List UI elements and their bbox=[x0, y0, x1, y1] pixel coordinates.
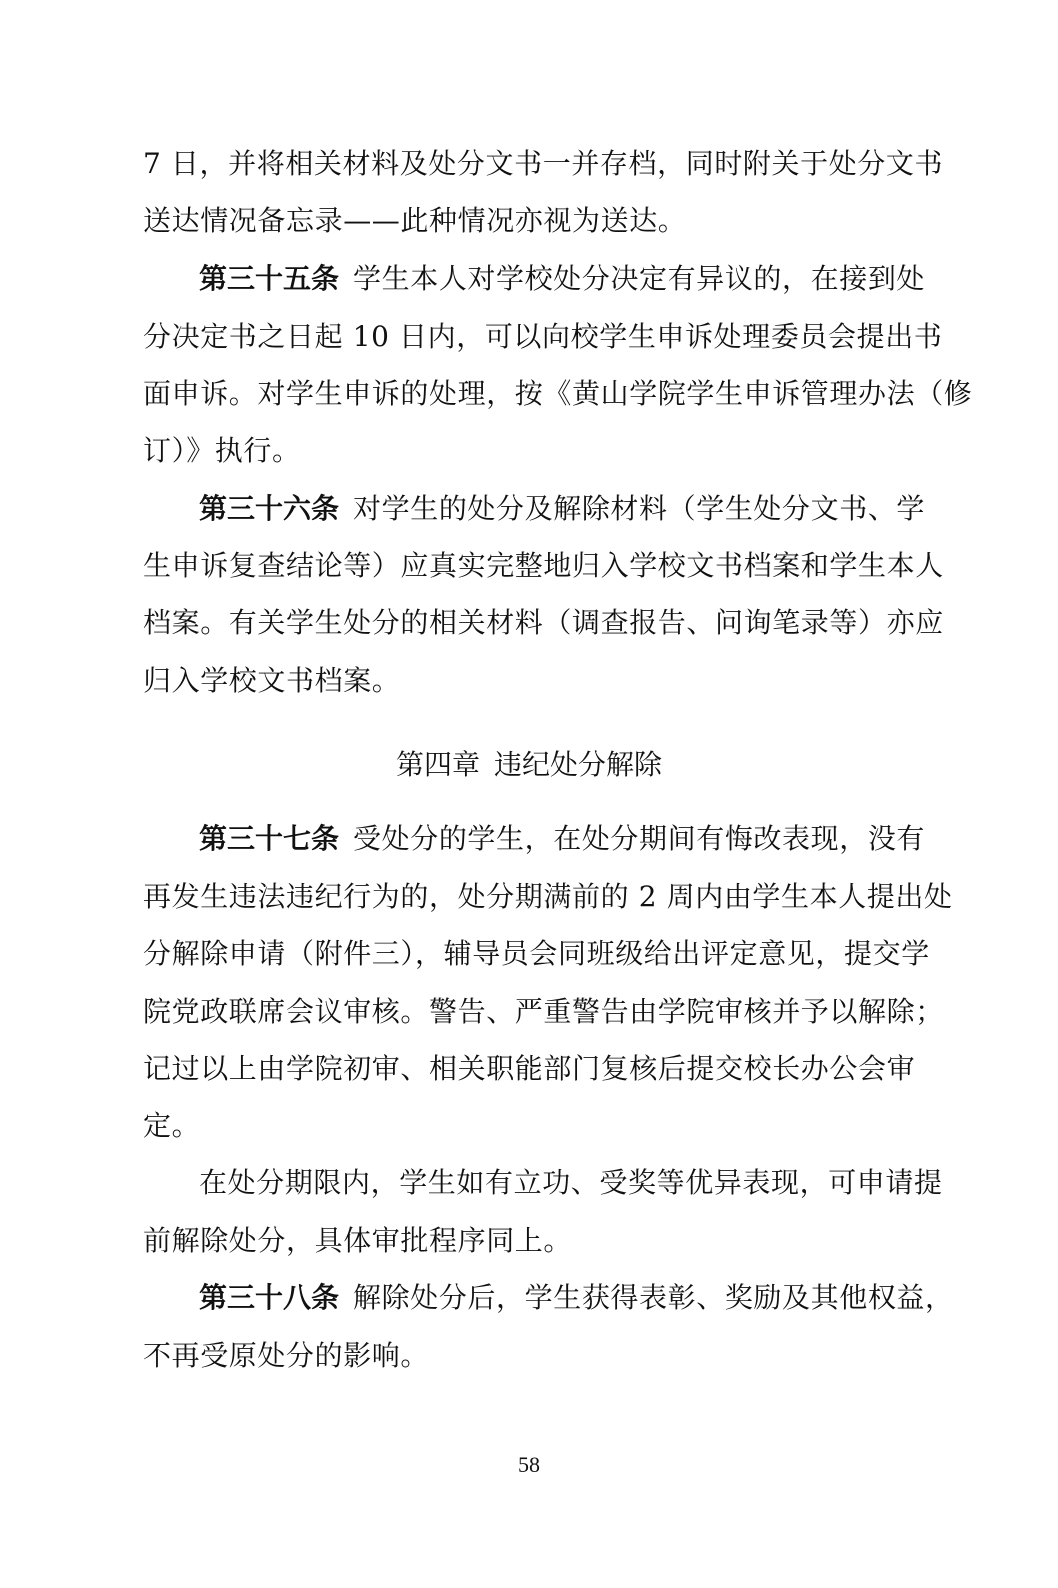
paragraph-line: 7 日，并将相关材料及处分文书一并存档，同时附关于处分文书 bbox=[143, 147, 905, 181]
paragraph-line: 再发生违法违纪行为的，处分期满前的 2 周内由学生本人提出处 bbox=[143, 880, 905, 914]
chapter-heading: 第四章违纪处分解除 bbox=[0, 748, 1058, 782]
chapter-number: 第四章 bbox=[396, 748, 480, 781]
article-text: 解除处分后，学生获得表彰、奖励及其他权益， bbox=[353, 1281, 954, 1314]
paragraph-line: 分解除申请（附件三），辅导员会同班级给出评定意见，提交学 bbox=[143, 937, 905, 971]
paragraph-line: 送达情况备忘录——此种情况亦视为送达。 bbox=[143, 204, 905, 238]
article-36-first-line: 第三十六条对学生的处分及解除材料（学生处分文书、学 bbox=[199, 492, 905, 526]
paragraph-line: 记过以上由学院初审、相关职能部门复核后提交校长办公会审 bbox=[143, 1052, 905, 1086]
paragraph-line: 前解除处分，具体审批程序同上。 bbox=[143, 1224, 905, 1258]
article-label: 第三十五条 bbox=[199, 262, 339, 295]
paragraph-line: 定。 bbox=[143, 1109, 905, 1143]
paragraph-line: 不再受原处分的影响。 bbox=[143, 1339, 905, 1373]
article-text: 对学生的处分及解除材料（学生处分文书、学 bbox=[353, 492, 925, 525]
page-number: 58 bbox=[0, 1452, 1058, 1478]
article-35-first-line: 第三十五条学生本人对学校处分决定有异议的，在接到处 bbox=[199, 262, 905, 296]
article-38-first-line: 第三十八条解除处分后，学生获得表彰、奖励及其他权益， bbox=[199, 1281, 905, 1315]
paragraph-line: 面申诉。对学生申诉的处理，按《黄山学院学生申诉管理办法（修 bbox=[143, 377, 905, 411]
article-37-first-line: 第三十七条受处分的学生，在处分期间有悔改表现，没有 bbox=[199, 822, 905, 856]
paragraph-line: 订）》执行。 bbox=[143, 434, 905, 468]
paragraph-line: 档案。有关学生处分的相关材料（调查报告、问询笔录等）亦应 bbox=[143, 606, 905, 640]
paragraph-line: 归入学校文书档案。 bbox=[143, 664, 905, 698]
article-label: 第三十七条 bbox=[199, 822, 339, 855]
article-label: 第三十八条 bbox=[199, 1281, 339, 1314]
article-text: 学生本人对学校处分决定有异议的，在接到处 bbox=[353, 262, 925, 295]
article-text: 受处分的学生，在处分期间有悔改表现，没有 bbox=[353, 822, 925, 855]
article-label: 第三十六条 bbox=[199, 492, 339, 525]
paragraph-line: 分决定书之日起 10 日内，可以向校学生申诉处理委员会提出书 bbox=[143, 320, 905, 354]
paragraph-line: 院党政联席会议审核。警告、严重警告由学院审核并予以解除； bbox=[143, 995, 905, 1029]
document-page: 7 日，并将相关材料及处分文书一并存档，同时附关于处分文书 送达情况备忘录——此… bbox=[0, 0, 1058, 1588]
paragraph-line: 生申诉复查结论等）应真实完整地归入学校文书档案和学生本人 bbox=[143, 549, 905, 583]
chapter-title-text: 违纪处分解除 bbox=[494, 748, 662, 781]
paragraph-first-line: 在处分期限内，学生如有立功、受奖等优异表现，可申请提 bbox=[199, 1166, 905, 1200]
